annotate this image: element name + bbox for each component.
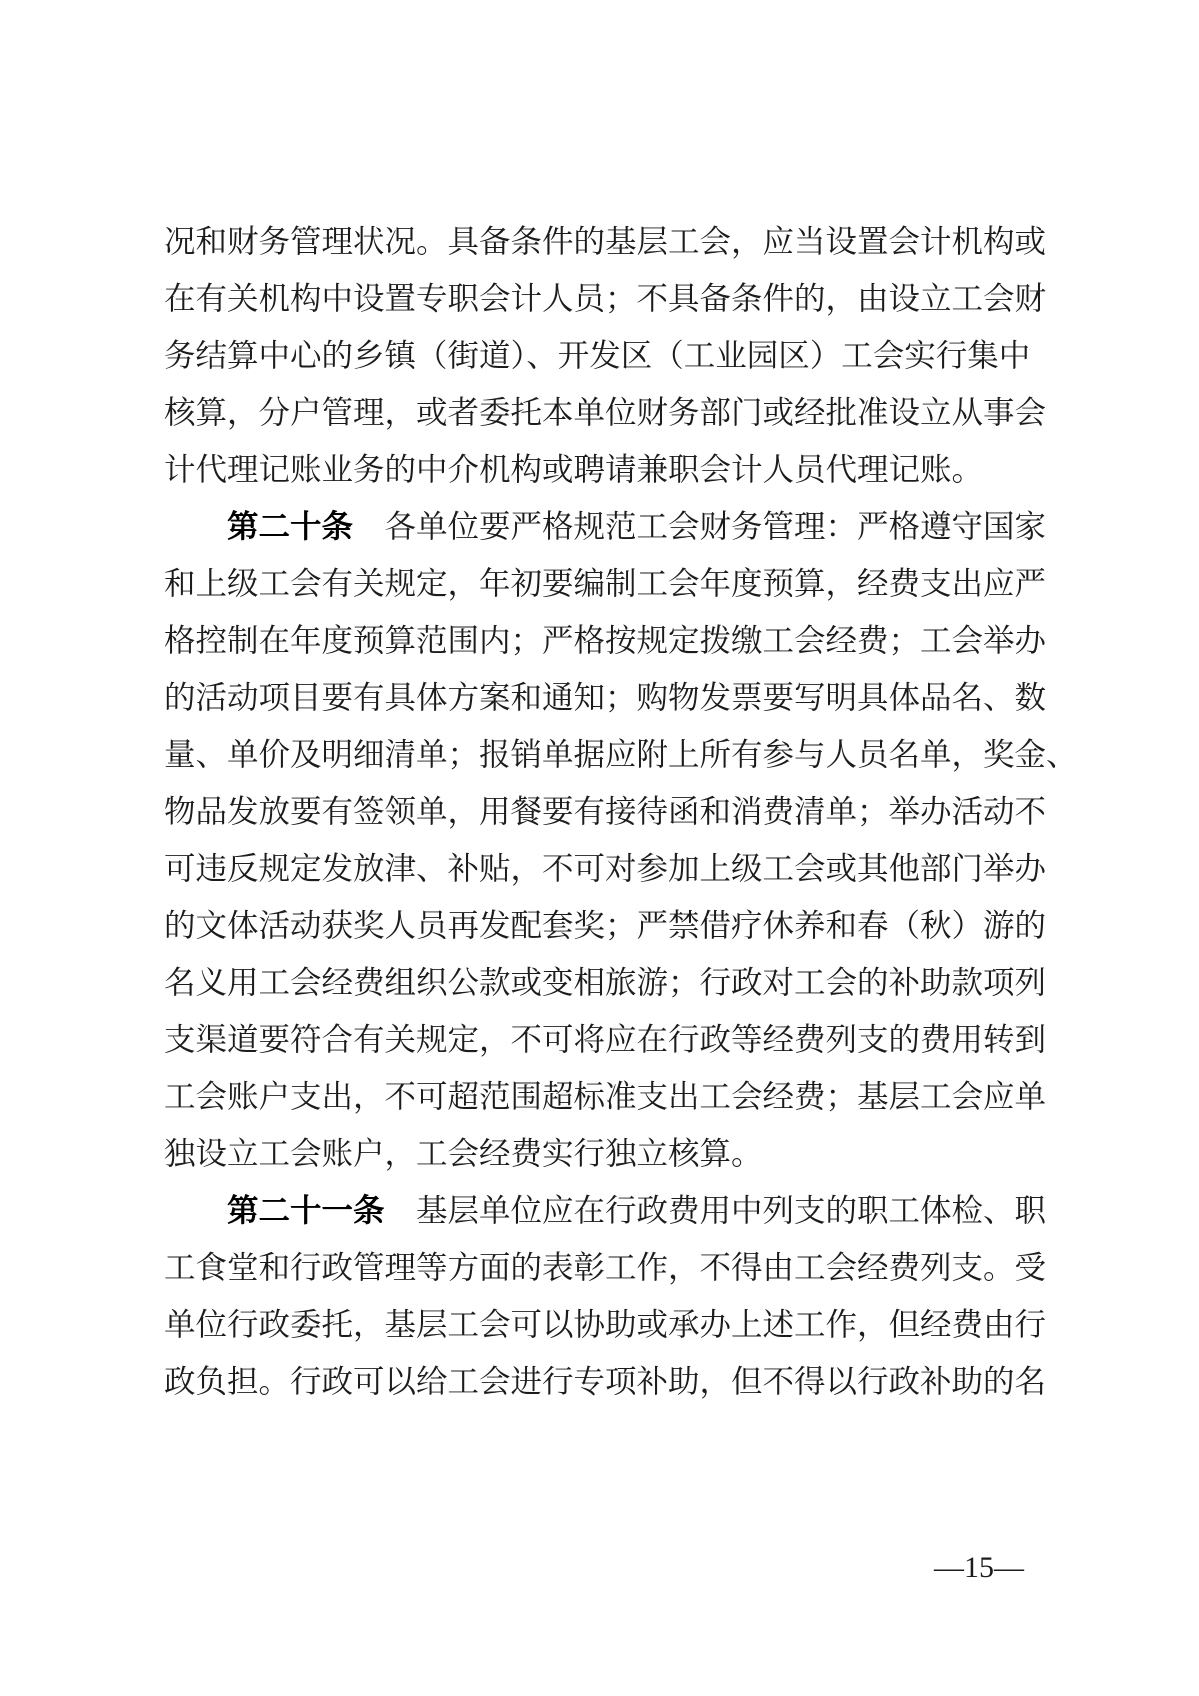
line-text: 基层单位应在行政费用中列支的职工体检、职 [385,1193,1047,1228]
text-line: 量、单价及明细清单；报销单据应附上所有参与人员名单，奖金、 [164,726,1048,783]
text-line: 核算，分户管理，或者委托本单位财务部门或经批准设立从事会 [164,384,1048,441]
page-number: —15— [934,1551,1024,1585]
text-line: 务结算中心的乡镇（街道）、开发区（工业园区）工会实行集中 [164,327,1048,384]
article-number-heading: 第二十条 [227,509,353,544]
text-line: 可违反规定发放津、补贴，不可对参加上级工会或其他部门举办 [164,840,1048,897]
line-text: 和上级工会有关规定，年初要编制工会年度预算，经费支出应严 [164,566,1046,601]
line-text: 的活动项目要有具体方案和通知；购物发票要写明具体品名、数 [164,680,1046,715]
text-line: 名义用工会经费组织公款或变相旅游；行政对工会的补助款项列 [164,954,1048,1011]
document-body: 况和财务管理状况。具备条件的基层工会，应当设置会计机构或在有关机构中设置专职会计… [164,213,1048,1410]
article-heading-line: 第二十一条 基层单位应在行政费用中列支的职工体检、职 [164,1182,1048,1239]
text-line: 格控制在年度预算范围内；严格按规定拨缴工会经费；工会举办 [164,612,1048,669]
text-line: 和上级工会有关规定，年初要编制工会年度预算，经费支出应严 [164,555,1048,612]
text-line: 物品发放要有签领单，用餐要有接待函和消费清单；举办活动不 [164,783,1048,840]
line-text: 核算，分户管理，或者委托本单位财务部门或经批准设立从事会 [164,395,1046,430]
line-text: 政负担。行政可以给工会进行专项补助，但不得以行政补助的名 [164,1364,1046,1399]
line-text: 工食堂和行政管理等方面的表彰工作，不得由工会经费列支。受 [164,1250,1046,1285]
line-text: 务结算中心的乡镇（街道）、开发区（工业园区）工会实行集中 [164,338,1030,373]
text-line: 工食堂和行政管理等方面的表彰工作，不得由工会经费列支。受 [164,1239,1048,1296]
text-line: 支渠道要符合有关规定，不可将应在行政等经费列支的费用转到 [164,1011,1048,1068]
line-text: 况和财务管理状况。具备条件的基层工会，应当设置会计机构或 [164,224,1046,259]
line-text: 名义用工会经费组织公款或变相旅游；行政对工会的补助款项列 [164,965,1046,1000]
line-text: 可违反规定发放津、补贴，不可对参加上级工会或其他部门举办 [164,851,1046,886]
text-line: 单位行政委托，基层工会可以协助或承办上述工作，但经费由行 [164,1296,1048,1353]
line-text: 格控制在年度预算范围内；严格按规定拨缴工会经费；工会举办 [164,623,1046,658]
line-text: 的文体活动获奖人员再发配套奖；严禁借疗休养和春（秋）游的 [164,908,1046,943]
article-number-heading: 第二十一条 [227,1193,385,1228]
line-text: 量、单价及明细清单；报销单据应附上所有参与人员名单，奖金、 [164,737,1078,772]
line-text: 独设立工会账户，工会经费实行独立核算。 [164,1136,763,1171]
line-text: 支渠道要符合有关规定，不可将应在行政等经费列支的费用转到 [164,1022,1046,1057]
text-line: 独设立工会账户，工会经费实行独立核算。 [164,1125,1048,1182]
line-text: 单位行政委托，基层工会可以协助或承办上述工作，但经费由行 [164,1307,1046,1342]
text-line: 在有关机构中设置专职会计人员；不具备条件的，由设立工会财 [164,270,1048,327]
line-text: 在有关机构中设置专职会计人员；不具备条件的，由设立工会财 [164,281,1046,316]
line-text: 计代理记账业务的中介机构或聘请兼职会计人员代理记账。 [164,452,983,487]
text-line: 的活动项目要有具体方案和通知；购物发票要写明具体品名、数 [164,669,1048,726]
text-line: 计代理记账业务的中介机构或聘请兼职会计人员代理记账。 [164,441,1048,498]
article-heading-line: 第二十条 各单位要严格规范工会财务管理：严格遵守国家 [164,498,1048,555]
line-text: 物品发放要有签领单，用餐要有接待函和消费清单；举办活动不 [164,794,1046,829]
text-line: 况和财务管理状况。具备条件的基层工会，应当设置会计机构或 [164,213,1048,270]
line-text: 工会账户支出，不可超范围超标准支出工会经费；基层工会应单 [164,1079,1046,1114]
text-line: 的文体活动获奖人员再发配套奖；严禁借疗休养和春（秋）游的 [164,897,1048,954]
line-text: 各单位要严格规范工会财务管理：严格遵守国家 [353,509,1046,544]
text-line: 工会账户支出，不可超范围超标准支出工会经费；基层工会应单 [164,1068,1048,1125]
text-line: 政负担。行政可以给工会进行专项补助，但不得以行政补助的名 [164,1353,1048,1410]
